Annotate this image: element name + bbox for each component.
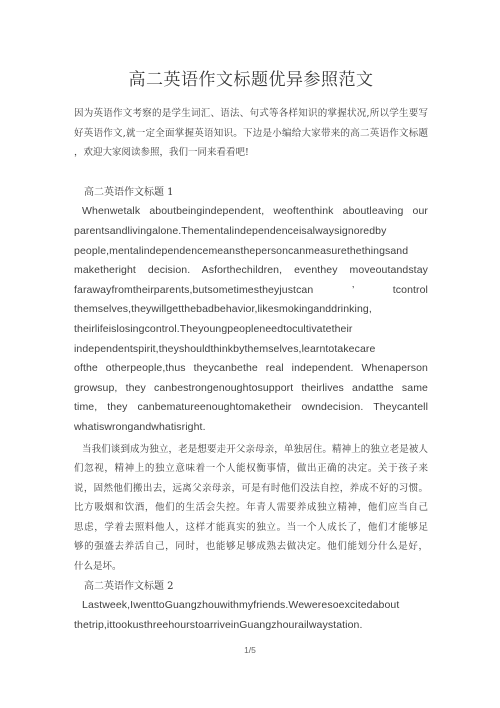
section2-heading: 高二英语作文标题 2 [74,577,428,597]
english-text-line: theirlifeislosingcontrol.Theyoungpeoplen… [74,320,428,340]
english-text-line: people,mentalindependencemeansthepersonc… [74,242,428,262]
section2-english-paragraph: Lastweek,IwenttoGuangzhouwithmyfriends.W… [74,596,428,635]
document-page: 高二英语作文标题优异参照范文 因为英语作文考察的是学生词汇、语法、句式等各样知识… [0,0,500,708]
english-text-line: Lastweek,IwenttoGuangzhouwithmyfriends.W… [74,596,428,616]
english-text-line: whatiswrongandwhatisright. [74,418,428,438]
english-text-line: independentspirit,theyshouldthinkbythems… [74,340,428,360]
page-number: 1/5 [0,645,500,655]
chinese-text-line: 当我们谈到成为独立，老是想要走开父亲母亲，单独居住。精神上的独立老是被人 [74,440,428,460]
chinese-text-line: 思虑，学着去照料他人，这样才能真实的独立。当一个人成长了，他们才能够足 [74,518,428,538]
intro-text-line: ，欢迎大家阅读参照，我们一同来看看吧! [74,143,428,163]
english-text-line: growsup, they canbestrongenoughtosupport… [74,379,428,399]
chinese-text-line: 说，固然他们搬出去，远离父亲母亲，可是有时他们没法自控，养成不好的习惯。 [74,479,428,499]
intro-text-line: 好英语作文,就一定全面掌握英语知识。下边是小编给大家带来的高二英语作文标题 [74,124,428,144]
english-text-line: maketheright decision. Asforthechildren,… [74,261,428,281]
chinese-text-line: 够的强盛去养活自己，同时，也能够足够成熟去做决定。他们能划分什么是好， [74,537,428,557]
english-text-line: time, they canbematureenoughtomaketheir … [74,398,428,418]
english-text-line: farawayfromtheirparents,butsometimesthey… [74,281,428,301]
english-text-line: parentsandlivingalone.Thementalindepende… [74,222,428,242]
english-text-line: themselves,theywillgetthebadbehavior,lik… [74,300,428,320]
chinese-text-line: 什么是坏。 [74,557,428,577]
intro-text-line: 因为英语作文考察的是学生词汇、语法、句式等各样知识的掌握状况,所以学生要写 [74,104,428,124]
chinese-text-line: 比方吸烟和饮酒，他们的生活会失控。年青人需要养成独立精神，他们应当自己 [74,498,428,518]
intro-paragraph: 因为英语作文考察的是学生词汇、语法、句式等各样知识的掌握状况,所以学生要写好英语… [74,104,428,163]
english-text-line: ofthe otherpeople,thus theycanbethe real… [74,359,428,379]
section1-heading: 高二英语作文标题 1 [74,183,428,203]
english-text-line: thetrip,ittookusthreehourstoarriveinGuan… [74,616,428,636]
chinese-text-line: 们忽视，精神上的独立意味着一个人能权衡事情，做出正确的决定。关于孩子来 [74,459,428,479]
section1-chinese-paragraph: 当我们谈到成为独立，老是想要走开父亲母亲，单独居住。精神上的独立老是被人们忽视，… [74,440,428,577]
english-text-line: Whenwetalk aboutbeingindependent, weofte… [74,202,428,222]
section1-english-paragraph: Whenwetalk aboutbeingindependent, weofte… [74,202,428,437]
page-title: 高二英语作文标题优异参照范文 [74,68,428,92]
document-content: 高二英语作文标题优异参照范文 因为英语作文考察的是学生词汇、语法、句式等各样知识… [74,68,428,635]
